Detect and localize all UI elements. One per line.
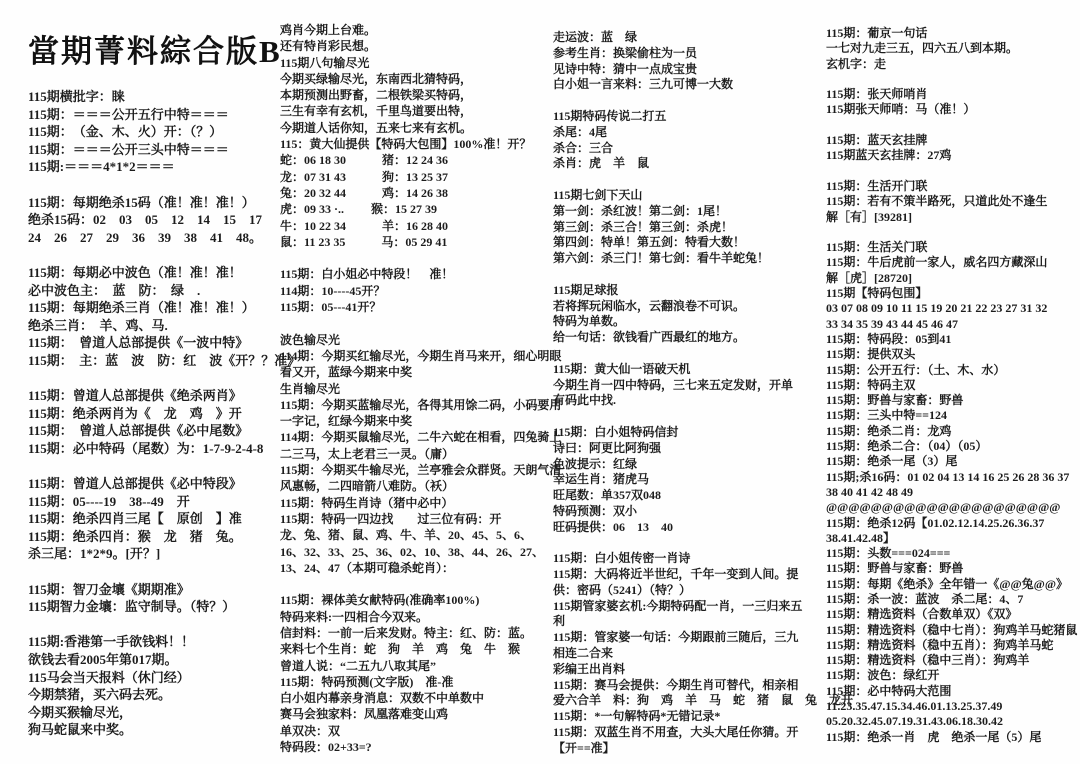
text-line: 本期预测出野畜，二根铁梁买特码， bbox=[280, 87, 546, 103]
text-line: 11.23.35.47.15.34.46.01.13.25.37.49 bbox=[826, 699, 1078, 714]
text-line: 33 34 35 39 43 44 45 46 47 bbox=[826, 317, 1078, 332]
text-line: 生肖输尽光 bbox=[280, 381, 546, 397]
text-line: 115马会当天报料（休门经） bbox=[28, 669, 276, 687]
text-line: 115期： 主：蓝 波 防：红 波《开？？准》 bbox=[28, 352, 276, 370]
text-line: 115期智力金壤：监守制导。（特？） bbox=[28, 598, 276, 616]
text-line bbox=[553, 536, 815, 552]
text-line: 115期：双蓝生肖不用查，大头大尾任你猜。开 bbox=[553, 725, 815, 741]
text-line: 24 26 27 29 36 39 38 41 48。 bbox=[28, 229, 276, 247]
text-line bbox=[553, 172, 815, 188]
text-line: 115期：绝杀二肖：龙鸡 bbox=[826, 424, 1078, 439]
text-line: 爱六合羊 料：狗 鸡 羊 马 蛇 猪 鼠 兔 龙开 bbox=[553, 693, 815, 709]
text-line: 参考生肖：换梁偷柱为一员 bbox=[553, 46, 815, 62]
text-line: 115期特码传说二打五 bbox=[553, 109, 815, 125]
text-line: 115期：提供双头 bbox=[826, 347, 1078, 362]
text-line: 115期：绝杀12码【01.02.12.14.25.26.36.37 bbox=[826, 516, 1078, 531]
text-line: 第六剑：杀三门！第七剑：看牛羊蛇兔！ bbox=[553, 251, 815, 267]
text-line: 龙：07 31 43 狗：13 25 37 bbox=[280, 169, 546, 185]
text-line: 115期：公开五行：（土、木、水） bbox=[826, 363, 1078, 378]
text-line: 第四剑：特单！第五剑：特看大数！ bbox=[553, 235, 815, 251]
text-line bbox=[28, 370, 276, 388]
text-line: 今期道人话你知，五来七来有玄机。 bbox=[280, 120, 546, 136]
text-line: 绝杀三肖： 羊、鸡、马. bbox=[28, 317, 276, 335]
text-line bbox=[280, 250, 546, 266]
text-line: 玄机字：走 bbox=[826, 57, 1078, 72]
text-line: 旺尾数：单357双048 bbox=[553, 488, 815, 504]
text-line: 115期:＝＝＝4*1*2＝＝＝ bbox=[28, 158, 276, 176]
text-line: 115期：白小姐必中特段！ 准！ bbox=[280, 266, 546, 282]
text-line: 115期：牛后虎前一家人，威名四方藏深山 bbox=[826, 255, 1078, 270]
text-line: 115期八句输尽光 bbox=[280, 55, 546, 71]
text-line: 还有特肖彩民想。 bbox=[280, 38, 546, 54]
text-line: 115期：特码段：05到41 bbox=[826, 332, 1078, 347]
text-line: 115期：05---41开？ bbox=[280, 299, 546, 315]
text-line: 给一句话：欲钱看广西最红的地方。 bbox=[553, 330, 815, 346]
text-line bbox=[280, 315, 546, 331]
text-line: 115期：*一句解特码*无错记录* bbox=[553, 709, 815, 725]
text-line: 杀尾：4尾 bbox=[553, 125, 815, 141]
text-line: 牛：10 22 34 羊：16 28 40 bbox=[280, 218, 546, 234]
text-line bbox=[280, 576, 546, 592]
text-line: 115：黄大仙提供【特码大包围】100%准！开？ bbox=[280, 136, 546, 152]
column-2: 鸡肖今期上台难。还有特肖彩民想。115期八句输尽光今期买绿输尽光，东南西北猜特码… bbox=[280, 22, 546, 755]
text-line: 必中波色主： 蓝 防： 绿 . bbox=[28, 282, 276, 300]
text-line: 115期：绝杀两肖为《 龙 鸡 》开 bbox=[28, 405, 276, 423]
text-line: 115期：曾道人总部提供《必中特段》 bbox=[28, 475, 276, 493]
text-line: 115期【特码包围】 bbox=[826, 286, 1078, 301]
text-line: 16、32、33、25、36、02、10、38、44、26、27、 bbox=[280, 544, 546, 560]
text-line: 鸡肖今期上台难。 bbox=[280, 22, 546, 38]
text-line: 115期：绝杀四肖三尾【 原创 】准 bbox=[28, 510, 276, 528]
text-line: 115期：特码预测(文字版) 准-准 bbox=[280, 674, 546, 690]
text-line: @@@@@@@@@@@@@@@@@@@@@ bbox=[826, 500, 1078, 515]
text-line: 看又开，蓝绿今期来中奖 bbox=[280, 364, 546, 380]
text-line bbox=[28, 176, 276, 194]
text-line: 杀合：三合 bbox=[553, 141, 815, 157]
text-line: 115期：曾道人总部提供《绝杀两肖》 bbox=[28, 387, 276, 405]
text-line: 115期横批字：睐 bbox=[28, 88, 276, 106]
text-line: 115期蓝天玄挂牌：27鸡 bbox=[826, 148, 1078, 163]
text-line: 115期： （金、木、火）开：（？） bbox=[28, 123, 276, 141]
text-line bbox=[28, 246, 276, 264]
text-line: 115期： 曾道人总部提供《必中尾数》 bbox=[28, 422, 276, 440]
text-line bbox=[553, 93, 815, 109]
text-line: 今期禁猪，买六码去死。 bbox=[28, 686, 276, 704]
tip-sheet-page: 當期菁料綜合版B 115期横批字：睐115期：＝＝＝公开五行中特＝＝＝115期：… bbox=[0, 0, 1080, 764]
text-line: 114期：10----45开？ bbox=[280, 283, 546, 299]
text-line: 115期：管家婆一句话：今期跟前三随后，三九 bbox=[553, 630, 815, 646]
text-line: 38.41.42.48】 bbox=[826, 531, 1078, 546]
text-line: 115期：裸体美女献特码(准确率100%) bbox=[280, 592, 546, 608]
text-line: 供：密码（5241）（特？） bbox=[553, 583, 815, 599]
text-line: 114期：今期买鼠输尽光，二牛六蛇在相看，四兔骑上 bbox=[280, 429, 546, 445]
text-line: 白小姐一言来料：三九可博一大数 bbox=[553, 77, 815, 93]
text-line: 虎：09 33 ·.. 猴：15 27 39 bbox=[280, 201, 546, 217]
text-line: 解［有］[39281] bbox=[826, 210, 1078, 225]
text-line: 115期：精选资料（合数单双）《双》 bbox=[826, 607, 1078, 622]
text-line: 二三马，太上老君三一灵。（庸） bbox=[280, 446, 546, 462]
text-line: 115期：赛马会提供：今期生肖可替代，相亲相 bbox=[553, 678, 815, 694]
text-line: 今期买猴输尽光， bbox=[28, 704, 276, 722]
text-line: 【开==准】 bbox=[553, 741, 815, 757]
text-line bbox=[553, 409, 815, 425]
text-line: 有码此中找. bbox=[553, 393, 815, 409]
text-line bbox=[826, 72, 1078, 87]
text-line: 杀肖：虎 羊 鼠 bbox=[553, 156, 815, 172]
text-line: 115期;杀16码：01 02 04 13 14 16 25 26 28 36 … bbox=[826, 470, 1078, 485]
text-line: 相连二合来 bbox=[553, 646, 815, 662]
text-line: 115期：黄大仙一语破天机 bbox=[553, 362, 815, 378]
text-line: 115期：绝杀二合：（04）（05） bbox=[826, 439, 1078, 454]
text-line: 115期：白小姐传密一肖诗 bbox=[553, 551, 815, 567]
page-title: 當期菁料綜合版B bbox=[28, 26, 282, 71]
text-line: 龙、兔、猪、鼠、鸡、牛、羊、20、45、5、6、 bbox=[280, 527, 546, 543]
text-line: 蛇：06 18 30 猪：12 24 36 bbox=[280, 152, 546, 168]
text-line: 115期：05----19 38--49 开 bbox=[28, 493, 276, 511]
text-line: 色波提示：红绿 bbox=[553, 457, 815, 473]
text-line: 115期：杀一波：蓝波 杀二尾：4、7 bbox=[826, 592, 1078, 607]
text-line: 特码来料:一四相合今双来。 bbox=[280, 609, 546, 625]
text-line: 幸运生肖：猪虎马 bbox=[553, 472, 815, 488]
text-line: 115期：绝杀四肖：猴 龙 猪 兔。 bbox=[28, 528, 276, 546]
text-line: 115期：必中特码大范围 bbox=[826, 684, 1078, 699]
text-line: 115期：智刀金壤《期期准》 bbox=[28, 581, 276, 599]
text-line: 115期：特码主双 bbox=[826, 378, 1078, 393]
text-line: 特码段：02+33=? bbox=[280, 739, 546, 755]
text-line: 一七对九走三五，四六五八到本期。 bbox=[826, 41, 1078, 56]
text-line: 一字记，红绿今期来中奖 bbox=[280, 413, 546, 429]
text-line: 115期：生活关门联 bbox=[826, 240, 1078, 255]
text-line: 风惠畅，二四暗箭八难防。（袄） bbox=[280, 478, 546, 494]
text-line: 115期足球报 bbox=[553, 283, 815, 299]
text-line: 绝杀15码：02 03 05 12 14 15 17 bbox=[28, 211, 276, 229]
text-line: 115期：今期买牛输尽光，兰亭雅会众群贤。天朗气清 bbox=[280, 462, 546, 478]
text-line: 欲钱去看2005年第017期。 bbox=[28, 651, 276, 669]
text-line: 115期：绝杀一尾（3）尾 bbox=[826, 454, 1078, 469]
text-line: 115期：＝＝＝公开五行中特＝＝＝ bbox=[28, 106, 276, 124]
column-4: 115期：葡京一句话一七对九走三五，四六五八到本期。玄机字：走115期：张天师哨… bbox=[826, 26, 1078, 745]
text-line: 杀三尾：1*2*9。[开？] bbox=[28, 545, 276, 563]
text-line bbox=[28, 563, 276, 581]
column-1: 115期横批字：睐115期：＝＝＝公开五行中特＝＝＝115期： （金、木、火）开… bbox=[28, 88, 276, 739]
text-line: 115期:香港第一手欲钱料！！ bbox=[28, 633, 276, 651]
text-line: 利 bbox=[553, 614, 815, 630]
text-line: 13、24、47（本期可稳杀蛇肖）： bbox=[280, 560, 546, 576]
text-line: 114期：今期买红输尽光，今期生肖马来开，细心明眼 bbox=[280, 348, 546, 364]
text-line: 115期：每期绝杀三肖（准！准！准！） bbox=[28, 299, 276, 317]
text-line: 三生有幸有玄机，千里鸟道要出特， bbox=[280, 103, 546, 119]
text-line: 115期：蓝天玄挂牌 bbox=[826, 133, 1078, 148]
text-line: 若将挥玩闲临水，云翻浪卷不可识。 bbox=[553, 299, 815, 315]
text-line: 单双决：双 bbox=[280, 723, 546, 739]
text-line bbox=[28, 457, 276, 475]
text-line: 鼠：11 23 35 马：05 29 41 bbox=[280, 234, 546, 250]
text-line: 38 40 41 42 48 49 bbox=[826, 485, 1078, 500]
text-line bbox=[826, 118, 1078, 133]
text-line: 115期：每期绝杀15码（准！准！准！） bbox=[28, 194, 276, 212]
text-line: 115期：白小姐特码信封 bbox=[553, 425, 815, 441]
text-line: 115期：精选资料（稳中七肖）：狗鸡羊马蛇猪鼠 bbox=[826, 623, 1078, 638]
text-line: 115期：特码一四边找 过三位有码：开 bbox=[280, 511, 546, 527]
text-line: 115期：张天师哨肖 bbox=[826, 87, 1078, 102]
text-line: 115期管家婆玄机:今期特码配一肖，一三归来五 bbox=[553, 599, 815, 615]
text-line: 特码预测：双小 bbox=[553, 504, 815, 520]
text-line bbox=[826, 164, 1078, 179]
text-line: 115期七剑下天山 bbox=[553, 188, 815, 204]
text-line: 115期：大码将近半世纪，千年一变到人间。提 bbox=[553, 567, 815, 583]
text-line: 兔：20 32 44 鸡：14 26 38 bbox=[280, 185, 546, 201]
text-line: 白小姐内幕亲身消息：双数不中单数中 bbox=[280, 690, 546, 706]
column-3: 走运波：蓝 绿参考生肖：换梁偷柱为一员见诗中特：猜中一点成宝贵白小姐一言来料：三… bbox=[553, 30, 815, 757]
text-line: 见诗中特：猜中一点成宝贵 bbox=[553, 62, 815, 78]
text-line bbox=[826, 225, 1078, 240]
text-line: 115期：绝杀一肖 虎 绝杀一尾（5）尾 bbox=[826, 730, 1078, 745]
text-line: 115期：精选资料（稳中三肖）：狗鸡羊 bbox=[826, 653, 1078, 668]
text-line: 赛马会独家料：凤凰落难变山鸡 bbox=[280, 706, 546, 722]
text-line: 115期：野兽与家畜：野兽 bbox=[826, 393, 1078, 408]
text-line: 狗马蛇鼠来中奖。 bbox=[28, 721, 276, 739]
text-line: 115期：头数===024=== bbox=[826, 546, 1078, 561]
text-line: 115期：三头中特==124 bbox=[826, 408, 1078, 423]
text-line: 解［虎］[28720] bbox=[826, 271, 1078, 286]
text-line: 03 07 08 09 10 11 15 19 20 21 22 23 27 3… bbox=[826, 301, 1078, 316]
text-line bbox=[553, 346, 815, 362]
text-line: 第一剑：杀红波！第二剑：1尾！ bbox=[553, 204, 815, 220]
text-line bbox=[28, 616, 276, 634]
text-line: 115期：必中特码（尾数）为：1-7-9-2-4-8 bbox=[28, 440, 276, 458]
text-line: 第三剑：杀三合！第三剑：杀虎！ bbox=[553, 220, 815, 236]
text-line: 今期生肖一四中特码，三七来五定发财，开单 bbox=[553, 378, 815, 394]
text-line: 信封料：一前一后来发财。特主：红、防：蓝。 bbox=[280, 625, 546, 641]
text-line: 115期：野兽与家畜：野兽 bbox=[826, 561, 1078, 576]
text-line: 115期：生活开门联 bbox=[826, 179, 1078, 194]
text-line: 走运波：蓝 绿 bbox=[553, 30, 815, 46]
text-line: 05.20.32.45.07.19.31.43.06.18.30.42 bbox=[826, 714, 1078, 729]
text-line: 115期：精选资料（稳中五肖）：狗鸡羊马蛇 bbox=[826, 638, 1078, 653]
text-line: 115期： 曾道人总部提供《一波中特》 bbox=[28, 334, 276, 352]
text-line: 115期：今期买蓝输尽光，各得其用馀二码，小码要用 bbox=[280, 397, 546, 413]
text-line: 115期：特码生肖诗（猪中必中） bbox=[280, 495, 546, 511]
text-line: 彩编王出肖料 bbox=[553, 662, 815, 678]
text-line: 曾道人说：“二五九八取其尾” bbox=[280, 658, 546, 674]
text-line: 波色输尽光 bbox=[280, 332, 546, 348]
text-line: 旺码提供：06 13 40 bbox=[553, 520, 815, 536]
text-line: 115期：若有不策半路死，只道此处不逢生 bbox=[826, 194, 1078, 209]
text-line: 今期买绿输尽光，东南西北猜特码， bbox=[280, 71, 546, 87]
text-line: 来料七个生肖：蛇 狗 羊 鸡 兔 牛 猴 bbox=[280, 641, 546, 657]
text-line: 特码为单数。 bbox=[553, 314, 815, 330]
text-line: 115期：每期必中波色（准！准！准！ bbox=[28, 264, 276, 282]
text-line: 115期：每期《绝杀》全年错一《@@兔@@》 bbox=[826, 577, 1078, 592]
text-line: 诗曰：阿更比阿狗强 bbox=[553, 441, 815, 457]
text-line: 115期张天师哨：马（准！） bbox=[826, 102, 1078, 117]
text-line: 115期：＝＝＝公开三头中特＝＝＝ bbox=[28, 141, 276, 159]
text-line: 115期：波色：绿红开 bbox=[826, 668, 1078, 683]
text-line: 115期：葡京一句话 bbox=[826, 26, 1078, 41]
text-line bbox=[553, 267, 815, 283]
